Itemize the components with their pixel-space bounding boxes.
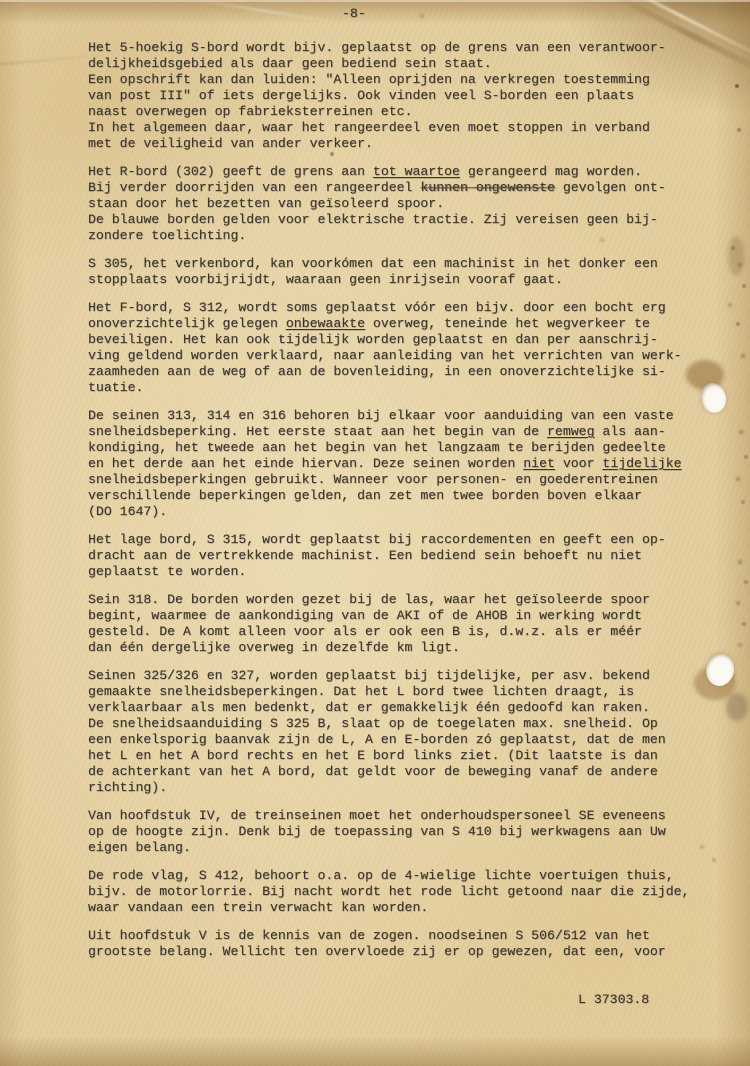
paragraph: Het lage bord, S 315, wordt geplaatst bi… (88, 532, 700, 580)
paper-specks (0, 0, 4, 4)
page-number: -8- (342, 6, 366, 21)
paragraph: S 305, het verkenbord, kan voorkómen dat… (88, 256, 700, 288)
paragraph: Van hoofdstuk IV, de treinseinen moet he… (88, 808, 700, 856)
paragraph: Het 5-hoekig S-bord wordt bijv. geplaats… (88, 40, 700, 152)
stain-blotch (726, 693, 748, 721)
paragraph: Uit hoofdstuk V is de kennis van de zoge… (88, 928, 700, 960)
paragraph: Het F-bord, S 312, wordt soms geplaatst … (88, 300, 700, 396)
document-reference-code: L 37303.8 (578, 992, 649, 1007)
paragraph: Seinen 325/326 en 327, worden geplaatst … (88, 668, 700, 796)
scan-edge-highlight (0, 0, 750, 2)
stain-blotch (728, 236, 744, 276)
paper-crease (191, 0, 339, 24)
paragraph: Het R-bord (302) geeft de grens aan tot … (88, 164, 700, 244)
paragraph: Sein 318. De borden worden gezet bij de … (88, 592, 700, 656)
paragraph: De seinen 313, 314 en 316 behoren bij el… (88, 408, 700, 520)
paragraph: De rode vlag, S 412, behoort o.a. op de … (88, 868, 700, 916)
scanned-page: -8- Het 5-hoekig S-bord wordt bijv. gepl… (0, 0, 750, 1066)
document-body: Het 5-hoekig S-bord wordt bijv. geplaats… (88, 40, 700, 972)
